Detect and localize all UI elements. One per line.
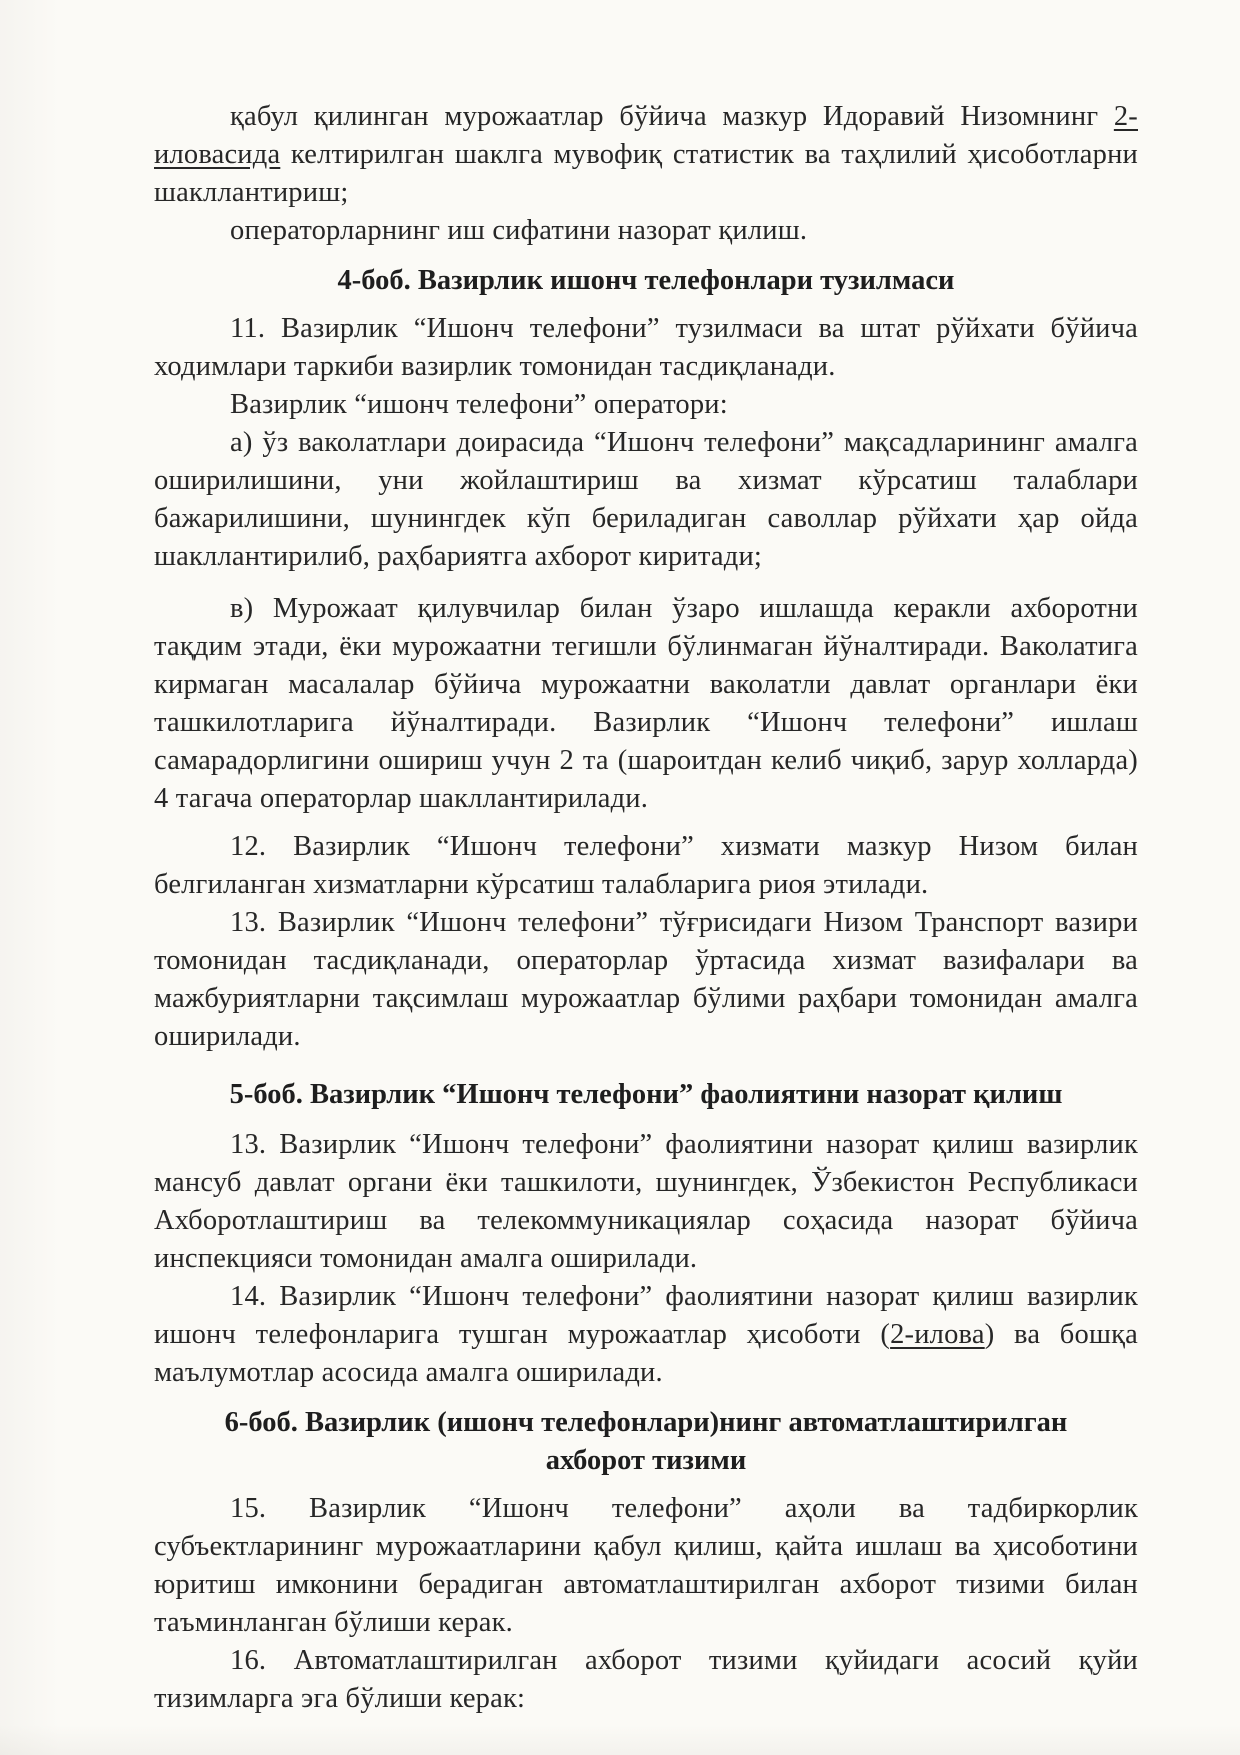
chapter-5-heading: 5-боб. Вазирлик “Ишонч телефони” фаолият… [154,1076,1138,1114]
paragraph-12: 12. Вазирлик “Ишонч телефони” хизмати ма… [154,828,1138,904]
chapter-6-heading: 6-боб. Вазирлик (ишонч телефонлари)нинг … [154,1404,1138,1480]
paragraph-13-control: 13. Вазирлик “Ишонч телефони” фаолиятини… [154,1126,1138,1278]
paragraph-11: 11. Вазирлик “Ишонч телефони” тузилмаси … [154,310,1138,386]
chapter-4-heading: 4-боб. Вазирлик ишонч телефонлари тузилм… [154,262,1138,300]
chapter-6-heading-line1: 6-боб. Вазирлик (ишонч телефонлари)нинг … [154,1404,1138,1442]
annex-2-reference: 2-илова [890,1319,985,1350]
paragraph-operator-intro: Вазирлик “ишонч телефони” оператори: [154,386,1138,424]
paragraph-text: қабул қилинган мурожаатлар бўйича мазкур… [230,101,1114,132]
chapter-6-heading-line2: ахборот тизими [154,1442,1138,1480]
paragraph-report-forming: қабул қилинган мурожаатлар бўйича мазкур… [154,98,1138,212]
paragraph-text: келтирилган шаклга мувофиқ статистик ва … [154,139,1138,208]
paragraph-16: 16. Автоматлаштирилган ахборот тизими қу… [154,1642,1138,1718]
paragraph-13: 13. Вазирлик “Ишонч телефони” тўғрисидаг… [154,904,1138,1056]
document-text-block: қабул қилинган мурожаатлар бўйича мазкур… [154,98,1138,1718]
paragraph-operator-quality: операторларнинг иш сифатини назорат қили… [154,212,1138,250]
paragraph-15: 15. Вазирлик “Ишонч телефони” аҳоли ва т… [154,1490,1138,1642]
paragraph-item-a: а) ўз ваколатлари доирасида “Ишонч телеф… [154,424,1138,576]
paragraph-14: 14. Вазирлик “Ишонч телефони” фаолиятини… [154,1278,1138,1392]
paragraph-item-v: в) Мурожаат қилувчилар билан ўзаро ишлаш… [154,590,1138,818]
scanned-document-page: қабул қилинган мурожаатлар бўйича мазкур… [0,0,1240,1755]
